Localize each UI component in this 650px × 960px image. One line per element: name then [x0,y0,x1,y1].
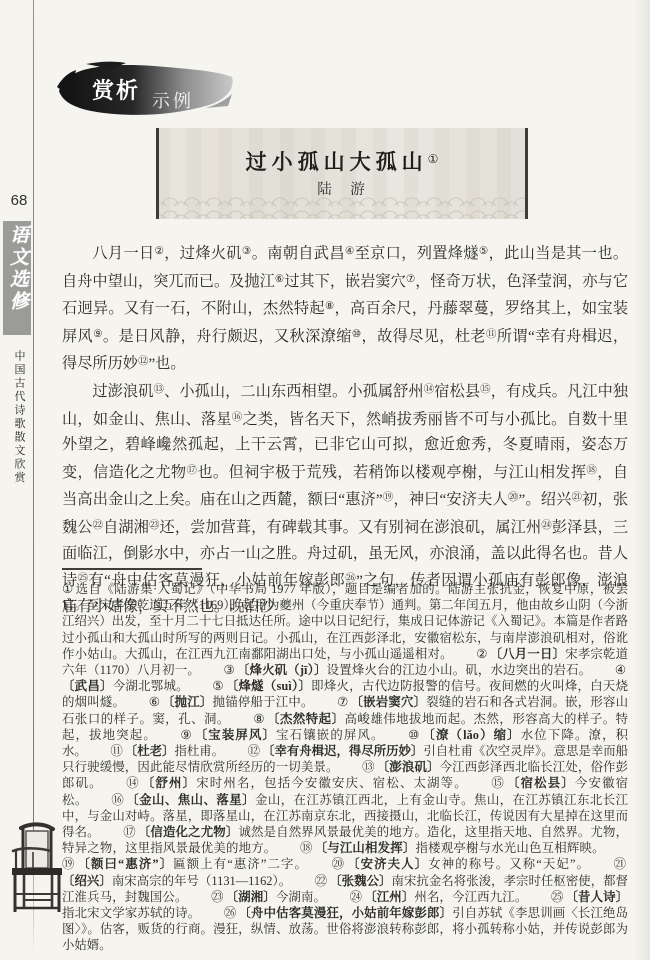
footnote-term: 〔与江山相发挥〕 [315,841,416,855]
lesson-body: 八月一日②，过烽火矶③。南朝自武昌④至京口，列置烽燧⑤，此山当是其一也。自舟中望… [62,239,628,619]
footnote-text: 匾额上有“惠济”二字。 [173,857,308,871]
chair-illustration [9,822,65,916]
series-title-banner: 语文选修 [3,221,31,335]
footnote-ref: ③ [242,246,252,257]
margin-divider-line [33,0,34,958]
footnote-term: 〔额曰“惠济”〕 [78,857,174,871]
footnote-term: 〔八月一日〕 [490,647,566,661]
footnote-ref: ⑳ [508,492,519,503]
footnote-text: 指杜甫。 [174,744,224,758]
footnote-term: 〔杜老〕 [125,744,175,758]
lesson-title-footnote-ref: ① [428,152,439,166]
series-title-text: 语文选修 [3,221,31,313]
footnote-item: ⑭〔舒州〕宋时州名，包括今安徽安庆、宿松、太湖等。 [126,776,468,790]
footnote-term: 〔宝装屏风〕 [195,728,276,742]
footnote-ref: ⑬ [153,384,164,395]
footnote-ref: ㉑ [571,492,582,503]
footnote-term: 〔舟中估客莫漫狂，小姑前年嫁彭郎〕 [238,906,452,920]
footnote-ref: ④ [345,246,355,257]
footnote-term: 〔张魏公〕 [329,874,391,888]
footnote-term: 〔烽燧（suì）〕 [226,679,311,693]
footnote-term: 〔舒州〕 [142,776,196,790]
footnote-item: ⑳〔安济夫人〕女神的称号。又称“天妃”。 [332,857,590,871]
footnote-number: ㉔ [350,890,363,904]
footnote-ref: ② [155,246,165,257]
footnote-term: 〔金山、焦山、落星〕 [126,793,255,807]
footnote-term: 〔武昌〕 [62,679,113,693]
footnote-term: 〔抛江〕 [162,695,213,709]
lesson-title-box: 过小孤山大孤山① 陆 游 [156,128,528,219]
footnote-number: ⑰ [123,825,136,839]
footnote-ref: ⑰ [187,465,198,476]
footnote-text: 抛锚停船于江中。 [213,695,314,709]
footnote-separator-rule [62,568,202,570]
footnote-item: ⑲〔额曰“惠济”〕匾额上有“惠济”二字。 [62,857,308,871]
footnote-term: 〔烽火矶（jī）〕 [237,663,327,677]
footnote-ref: ⑨ [93,329,103,340]
footnote-number: ⑩ [408,728,420,742]
footnote-number: ⑧ [253,712,265,726]
page-number: 68 [5,192,33,209]
footnotes-block: ①选自《陆游集·入蜀记》（中华书局 1977 年版），题目是编者加的。陆游主张抗… [62,581,628,954]
badge-label-main: 赏析 [92,78,140,103]
footnote-number: ③ [224,663,235,677]
lesson-author: 陆 游 [156,178,528,199]
footnote-ref: ⑪ [486,329,497,340]
footnote-number: ⑤ [212,679,223,693]
footnote-item: ⑱〔与江山相发挥〕指楼观亭榭与水光山色互相辉映。 [300,841,605,855]
textbook-page: 赏析 示例 68 语文选修 中国古代诗歌散文欣赏 过小孤 [0,0,650,960]
footnote-term: 〔杰然特起〕 [267,712,344,726]
footnote-item: ③〔烽火矶（jī）〕设置烽火台的江边小山。矶，水边突出的岩石。 [224,663,592,677]
footnote-text: 女神的称号。又称“天妃”。 [428,857,590,871]
footnote-number: ⑬ [362,760,375,774]
footnote-text: 今湖南。 [276,890,326,904]
footnote-number: ⑭ [126,776,140,790]
footnote-text: 指楼观亭榭与水光山色互相辉映。 [416,841,605,855]
footnote-text: 今湖北鄂城。 [113,679,189,693]
footnote-text: 设置烽火台的江边小山。矶，水边突出的岩石。 [327,663,592,677]
footnote-number: ⑪ [110,744,122,758]
footnote-term: 〔潦（lǎo）缩〕 [422,728,520,742]
footnote-number: ⑫ [248,744,260,758]
footnote-term: 〔绍兴〕 [62,874,112,888]
footnote-term: 〔信造化之尤物〕 [138,825,239,839]
footnote-number: ② [476,647,487,661]
footnote-ref: ⑲ [383,492,394,503]
footnote-text: 宝石镶嵌的屏风。 [276,728,384,742]
footnote-ref: ⑥ [275,274,284,285]
footnote-ref: ㉔ [541,520,552,531]
footnote-term: 〔嵌岩窦穴〕 [350,695,426,709]
footnote-term: 〔安济夫人〕 [347,857,428,871]
footnote-number: ㉕ [551,890,564,904]
footnote-item: ⑨〔宝装屏风〕宝石镶嵌的屏风。 [180,728,384,742]
footnote-number: ⑦ [337,695,348,709]
footnote-ref: ㉓ [149,520,160,531]
footnote-number: ④ [615,663,626,677]
footnote-number: ① [62,582,74,596]
footnote-ref: ⑩ [352,329,362,340]
footnote-number: ⑮ [491,776,505,790]
footnote-number: ㉑ [614,857,626,871]
lesson-title-text: 过小孤山大孤山 [246,150,428,174]
footnote-item: ㉔〔江州〕州名，今江西九江。 [350,890,528,904]
footnote-term: 〔幸有舟楫迟，得尽所历妙〕 [262,744,423,758]
footnote-text: 南宋高宗的年号（1131—1162）。 [112,874,291,888]
footnote-number: ⑳ [332,857,346,871]
footnote-ref: ⑫ [138,356,149,367]
footnote-ref: ⑱ [586,465,597,476]
footnote-ref: ㉒ [93,520,104,531]
footnote-term: 〔澎浪矶〕 [377,760,440,774]
footnote-number: ⑱ [300,841,313,855]
footnote-number: ⑥ [149,695,160,709]
footnote-item: ⑪〔杜老〕指杜甫。 [110,744,224,758]
footnote-text: 州名，今江西九江。 [414,890,527,904]
footnote-item: ㉓〔湖湘〕今湖南。 [211,890,326,904]
footnote-term: 〔宿松县〕 [507,776,575,790]
body-paragraph: 八月一日②，过烽火矶③。南朝自武昌④至京口，列置烽燧⑤，此山当是其一也。自舟中望… [62,239,628,377]
footnote-ref: ⑦ [406,274,415,285]
footnote-term: 〔江州〕 [364,890,414,904]
footnote-text: 指北宋文学家苏轼的诗。 [62,906,200,920]
footnote-term: 〔昔人诗〕 [565,890,628,904]
footnote-number: ㉒ [315,874,327,888]
lesson-title: 过小孤山大孤山① [156,146,528,176]
footnote-number: ㉓ [211,890,224,904]
brush-stroke-graphic: 赏析 示例 [56,60,238,122]
section-badge: 赏析 示例 [56,60,238,122]
footnote-ref: ⑤ [479,246,489,257]
footnote-item: ⑥〔抛江〕抛锚停船于江中。 [149,695,314,709]
footnote-ref: ⑯ [232,412,243,423]
footnote-number: ⑯ [111,793,124,807]
footnote-ref: ⑮ [480,384,491,395]
footnote-ref: ⑭ [424,384,435,395]
footnote-number: ⑨ [180,728,192,742]
footnote-number: ㉖ [224,906,237,920]
footnote-ref: ⑧ [325,301,335,312]
footnote-text: 宋时州名，包括今安徽安庆、宿松、太湖等。 [196,776,468,790]
series-subtitle-text: 中国古代诗歌散文欣赏 [7,350,27,495]
footnote-term: 〔湖湘〕 [226,890,276,904]
badge-label-sub: 示例 [152,91,194,111]
